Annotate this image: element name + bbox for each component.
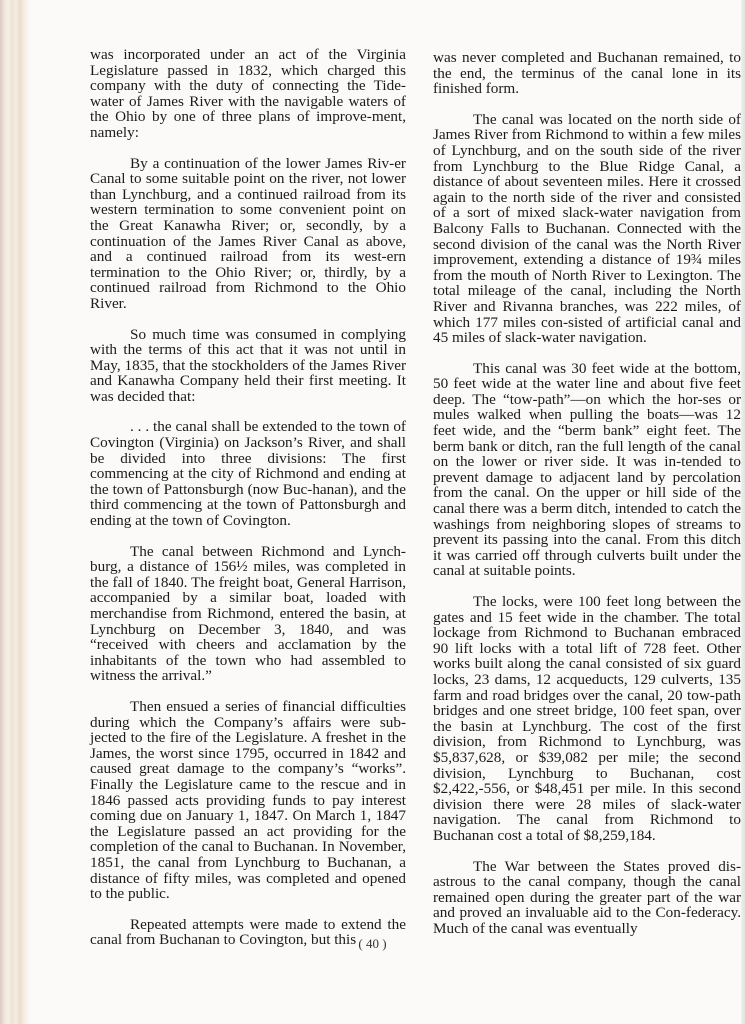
paragraph: The locks, were 100 feet long between th…: [433, 594, 741, 844]
left-text-column: was incorporated under an act of the Vir…: [90, 47, 406, 963]
block-quote-decision: . . . the canal shall be extended to the…: [90, 419, 406, 528]
paragraph: This canal was 30 feet wide at the botto…: [433, 361, 741, 579]
right-text-column: was never completed and Buchanan remaine…: [433, 50, 741, 951]
paragraph: The canal was located on the north side …: [433, 112, 741, 346]
paragraph: Then ensued a series of financial diffic…: [90, 699, 406, 902]
paragraph: The War between the States proved dis-as…: [433, 859, 741, 937]
paragraph-continuation: was never completed and Buchanan remaine…: [433, 50, 741, 97]
paragraph: So much time was consumed in complying w…: [90, 327, 406, 405]
page-number: ( 40 ): [0, 936, 745, 952]
page-right-edge: [741, 0, 745, 1024]
paragraph-continuation: was incorporated under an act of the Vir…: [90, 47, 406, 141]
book-binding-edge: [0, 0, 30, 1024]
paragraph: The canal between Richmond and Lynch-bur…: [90, 544, 406, 684]
block-quote-plans: By a continuation of the lower James Riv…: [90, 156, 406, 312]
